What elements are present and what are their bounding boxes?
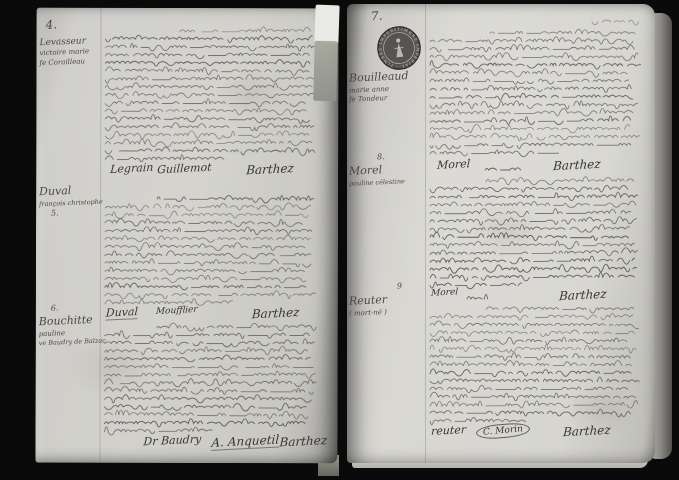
- act-6-signatures: Dr Baudry A. Anquetil Barthez: [103, 434, 317, 450]
- act-8-body-text: [429, 174, 641, 290]
- signature: Barthez: [279, 433, 327, 449]
- act-number-7: 7.: [371, 9, 383, 24]
- act-6-body-text: [103, 320, 317, 437]
- timbre-imperial-stamp-icon: TIMBRE IMPERIAL · TIMBRE IMPERIAL ·: [373, 22, 426, 75]
- signature: C. Morin: [476, 422, 531, 441]
- act-number: 5.: [39, 206, 113, 220]
- margin-note-act-9: 9 Reuter ( mort-né ): [349, 282, 427, 317]
- act-number-4: 4.: [45, 17, 57, 32]
- margin-note-act-6: 6. Bouchitte pauline ve Baudry de Balzac: [39, 303, 113, 347]
- signature: reuter: [431, 423, 467, 438]
- act-9-signatures: reuter C. Morin Barthez: [429, 424, 641, 438]
- illegible-signature: [484, 160, 524, 174]
- signature: Barthez: [246, 161, 294, 177]
- paper-repair-patch: [314, 5, 339, 44]
- signature: Barthez: [553, 157, 601, 174]
- signature: Barthez: [563, 423, 611, 440]
- margin-rule: [99, 8, 101, 463]
- signature: Dr Baudry: [143, 432, 201, 448]
- margin-note-act-8: 8. Morel pauline célestine: [349, 152, 427, 186]
- signature: Morel: [431, 287, 459, 298]
- margin-note-act-4: Levasseur victoire marie fe Corailleau: [39, 36, 113, 67]
- signature: Legrain: [110, 161, 154, 176]
- margin-note-act-5: Duval françois christophe 5.: [39, 184, 113, 219]
- binding-tape: [313, 41, 338, 102]
- signature: Moufflier: [156, 305, 198, 317]
- act-8-signatures: Morel Barthez: [429, 288, 641, 303]
- act-7-body-text: [429, 26, 641, 158]
- act-9-body-text: [429, 302, 641, 426]
- signature: A. Anquetil: [211, 432, 279, 450]
- corner-pencil-note: [591, 12, 641, 26]
- margin-name: fe Tondeur: [349, 93, 427, 106]
- act-4-signatures: Legrain Guillemot Barthez: [104, 162, 318, 177]
- act-4-body-text: [104, 24, 318, 165]
- left-page: 4. Levasseur victoire marie fe Coraillea…: [35, 8, 338, 464]
- act-5-body-text: [104, 192, 318, 309]
- act-5-signatures: Duval Moufflier Barthez: [104, 306, 318, 321]
- signature: Guillemot: [157, 161, 212, 177]
- signature: Morel: [437, 157, 471, 172]
- right-page: 7. TIMBRE IMPERIAL · TIMBRE IMPERIAL · B…: [347, 4, 655, 463]
- register-scan: 4. Levasseur victoire marie fe Coraillea…: [0, 0, 679, 480]
- handwriting-line: [429, 146, 559, 158]
- signature: Barthez: [559, 287, 607, 304]
- margin-note-act-7: Bouilleaud marie anne fe Tondeur: [349, 70, 427, 104]
- margin-name: ve Baudry de Balzac: [39, 336, 113, 348]
- act-7-signatures: Morel Barthez: [429, 158, 641, 174]
